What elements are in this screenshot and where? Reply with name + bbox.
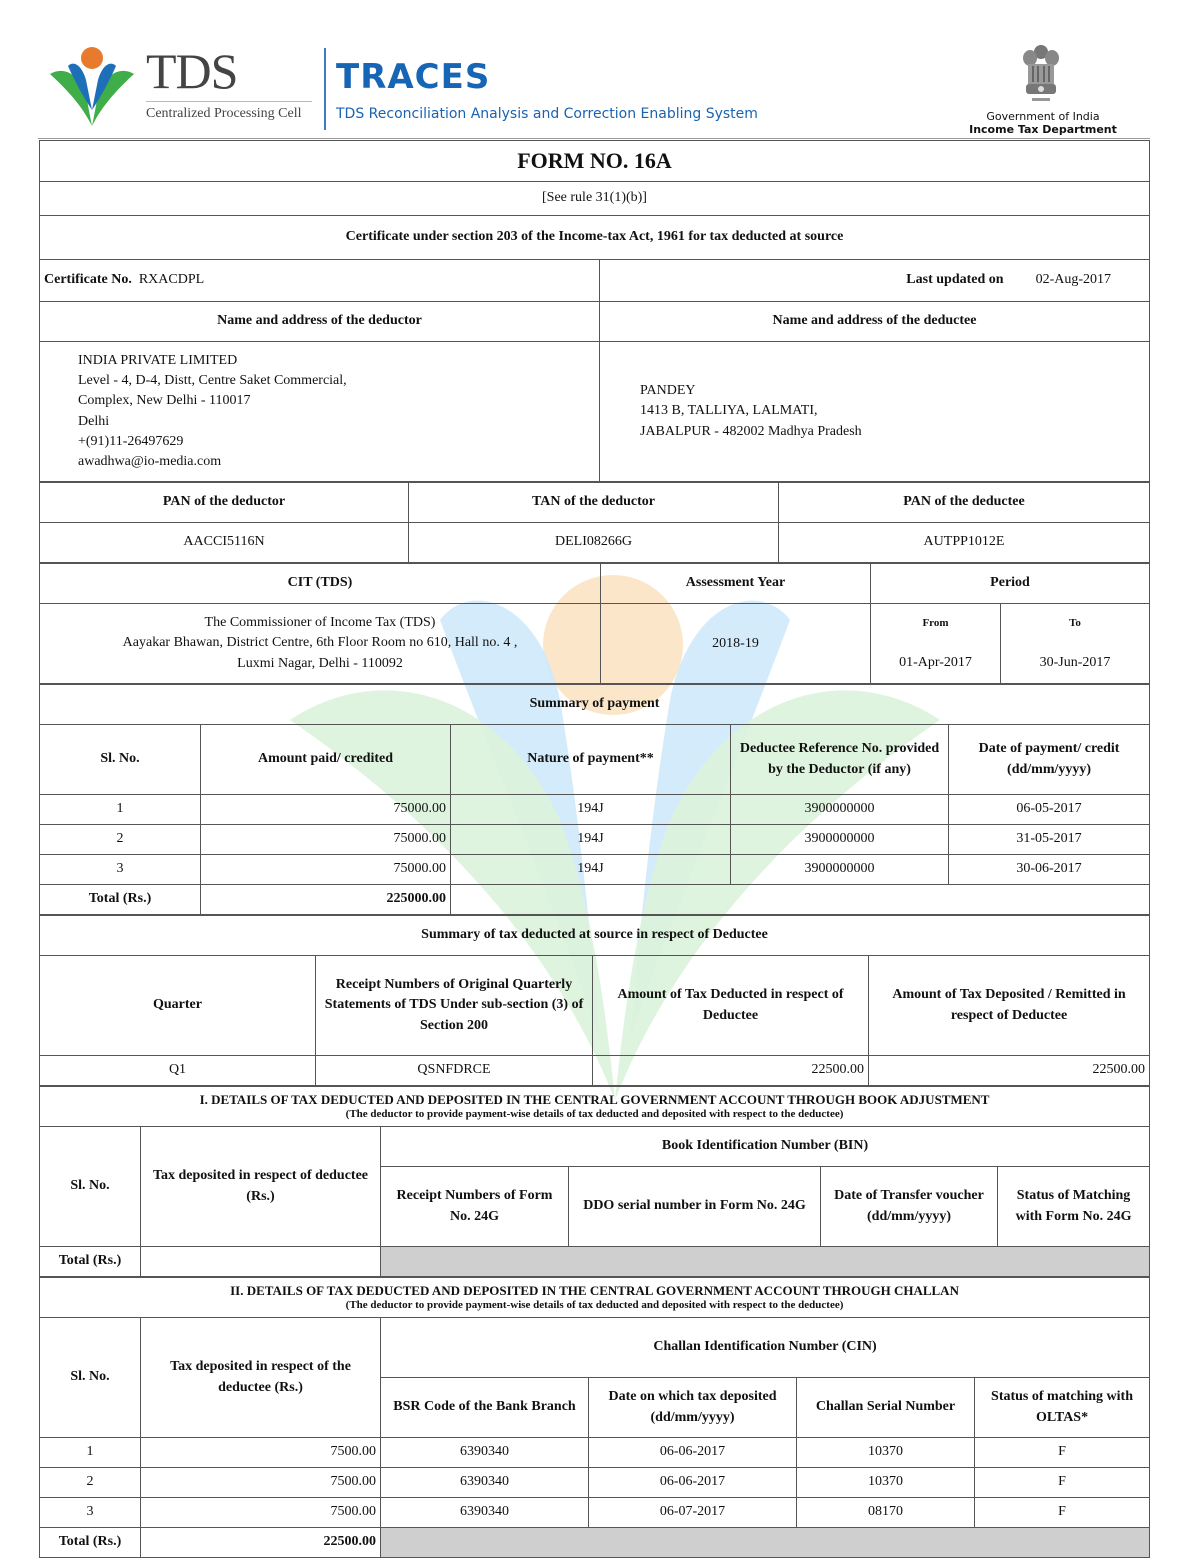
cit-label: CIT (TDS) bbox=[40, 564, 601, 604]
total-label: Total (Rs.) bbox=[40, 1247, 141, 1277]
oltas-status: F bbox=[975, 1438, 1150, 1468]
column-header: Receipt Numbers of Form No. 24G bbox=[381, 1167, 569, 1247]
shaded-cell bbox=[381, 1528, 1150, 1558]
deductor-name: INDIA PRIVATE LIMITED bbox=[78, 351, 595, 371]
column-header: Status of Matching with Form No. 24G bbox=[998, 1167, 1150, 1247]
page-header: TDS Centralized Processing Cell TRACES T… bbox=[0, 0, 1188, 140]
bsr-code: 6390340 bbox=[381, 1438, 589, 1468]
amount-paid: 75000.00 bbox=[201, 825, 451, 855]
deductee-reference: 3900000000 bbox=[731, 855, 949, 885]
tds-summary-heading: Summary of tax deducted at source in res… bbox=[40, 916, 1150, 956]
pan-deductee-label: PAN of the deductee bbox=[779, 483, 1150, 523]
form-16a: FORM NO. 16A [See rule 31(1)(b)] Certifi… bbox=[39, 140, 1149, 1558]
column-header: Sl. No. bbox=[40, 1318, 141, 1438]
form-title: FORM NO. 16A bbox=[40, 141, 1150, 182]
total-label: Total (Rs.) bbox=[40, 885, 201, 915]
gov-line-1: Government of India bbox=[960, 110, 1126, 123]
deductor-email: awadhwa@io-media.com bbox=[78, 452, 595, 472]
cit-address-line: Luxmi Nagar, Delhi - 110092 bbox=[44, 654, 596, 674]
divider bbox=[146, 101, 312, 102]
tan-deductor: DELI08266G bbox=[409, 523, 779, 563]
tds-summary-table: Summary of tax deducted at source in res… bbox=[39, 915, 1150, 1086]
challan-serial: 08170 bbox=[797, 1498, 975, 1528]
column-header: Amount of Tax Deposited / Remitted in re… bbox=[869, 956, 1150, 1056]
empty-cell bbox=[451, 885, 1150, 915]
column-header: Tax deposited in respect of the deductee… bbox=[141, 1318, 381, 1438]
deductor-address-line: Complex, New Delhi - 110017 bbox=[78, 391, 595, 411]
cin-group-header: Challan Identification Number (CIN) bbox=[381, 1318, 1150, 1378]
challan-heading-cell: II. DETAILS OF TAX DEDUCTED AND DEPOSITE… bbox=[40, 1278, 1150, 1318]
payment-summary-table: Summary of payment Sl. No. Amount paid/ … bbox=[39, 684, 1150, 915]
last-updated-cell: Last updated on02-Aug-2017 bbox=[600, 260, 1150, 302]
total-row: Total (Rs.) 225000.00 bbox=[40, 885, 1150, 915]
deductee-name: PANDEY bbox=[640, 381, 1145, 401]
bsr-code: 6390340 bbox=[381, 1468, 589, 1498]
column-header: Date of Transfer voucher (dd/mm/yyyy) bbox=[821, 1167, 998, 1247]
column-header: BSR Code of the Bank Branch bbox=[381, 1378, 589, 1438]
deductee-reference: 3900000000 bbox=[731, 795, 949, 825]
quarter: Q1 bbox=[40, 1056, 316, 1086]
deductee-address-line: JABALPUR - 482002 Madhya Pradesh bbox=[640, 422, 1145, 442]
bsr-code: 6390340 bbox=[381, 1498, 589, 1528]
period-from-label: From bbox=[871, 604, 1001, 644]
challan-subheading: (The deductor to provide payment-wise de… bbox=[44, 1299, 1145, 1313]
tax-deposited: 22500.00 bbox=[869, 1056, 1150, 1086]
total-row: Total (Rs.) 22500.00 bbox=[40, 1528, 1150, 1558]
table-row: 3 7500.00 6390340 06-07-2017 08170 F bbox=[40, 1498, 1150, 1528]
receipt-number: QSNFDRCE bbox=[316, 1056, 593, 1086]
table-row: 3 75000.00 194J 3900000000 30-06-2017 bbox=[40, 855, 1150, 885]
deductor-address-line: Delhi bbox=[78, 412, 595, 432]
sl-no: 1 bbox=[40, 795, 201, 825]
pan-deductor: AACCI5116N bbox=[40, 523, 409, 563]
period-to-label: To bbox=[1001, 604, 1150, 644]
tax-deposited: 7500.00 bbox=[141, 1438, 381, 1468]
column-header: Amount paid/ credited bbox=[201, 725, 451, 795]
column-header: Deductee Reference No. provided by the D… bbox=[731, 725, 949, 795]
table-row: 1 7500.00 6390340 06-06-2017 10370 F bbox=[40, 1438, 1150, 1468]
sl-no: 3 bbox=[40, 855, 201, 885]
tan-deductor-label: TAN of the deductor bbox=[409, 483, 779, 523]
deposit-date: 06-06-2017 bbox=[589, 1438, 797, 1468]
deductor-phone: +(91)11-26497629 bbox=[78, 432, 595, 452]
tds-logo-text: TDS bbox=[146, 46, 237, 96]
deductor-address: INDIA PRIVATE LIMITED Level - 4, D-4, Di… bbox=[40, 342, 600, 482]
tax-deducted: 22500.00 bbox=[593, 1056, 869, 1086]
deductee-address-line: 1413 B, TALLIYA, LALMATI, bbox=[640, 401, 1145, 421]
pan-tan-table: PAN of the deductor TAN of the deductor … bbox=[39, 482, 1150, 563]
cit-table: CIT (TDS) Assessment Year Period The Com… bbox=[39, 563, 1150, 684]
book-adjustment-heading-cell: I. DETAILS OF TAX DEDUCTED AND DEPOSITED… bbox=[40, 1087, 1150, 1127]
column-header: Date of payment/ credit (dd/mm/yyyy) bbox=[949, 725, 1150, 795]
assessment-year-label: Assessment Year bbox=[601, 564, 871, 604]
last-updated-value: 02-Aug-2017 bbox=[1036, 272, 1111, 287]
assessment-year: 2018-19 bbox=[601, 604, 871, 684]
deductor-address-line: Level - 4, D-4, Distt, Centre Saket Comm… bbox=[78, 371, 595, 391]
deductor-heading: Name and address of the deductor bbox=[40, 302, 600, 342]
cit-name: The Commissioner of Income Tax (TDS) bbox=[44, 613, 596, 633]
shaded-cell bbox=[381, 1247, 1150, 1277]
total-label: Total (Rs.) bbox=[40, 1528, 141, 1558]
tds-subtitle: Centralized Processing Cell bbox=[146, 106, 302, 122]
sl-no: 2 bbox=[40, 825, 201, 855]
column-header: Tax deposited in respect of deductee (Rs… bbox=[141, 1127, 381, 1247]
column-header: Date on which tax deposited (dd/mm/yyyy) bbox=[589, 1378, 797, 1438]
form-rule: [See rule 31(1)(b)] bbox=[40, 182, 1150, 216]
payment-summary-heading: Summary of payment bbox=[40, 685, 1150, 725]
oltas-status: F bbox=[975, 1468, 1150, 1498]
cit-address-line: Aayakar Bhawan, District Centre, 6th Flo… bbox=[44, 633, 596, 653]
traces-title: TRACES bbox=[336, 60, 490, 94]
column-header: Receipt Numbers of Original Quarterly St… bbox=[316, 956, 593, 1056]
certificate-no: RXACDPL bbox=[139, 272, 204, 287]
amount-paid: 75000.00 bbox=[201, 855, 451, 885]
payment-date: 30-06-2017 bbox=[949, 855, 1150, 885]
gov-line-2: Income Tax Department bbox=[960, 123, 1126, 136]
national-emblem-icon bbox=[1018, 42, 1064, 106]
period-label: Period bbox=[871, 564, 1150, 604]
amount-paid: 75000.00 bbox=[201, 795, 451, 825]
payment-date: 31-05-2017 bbox=[949, 825, 1150, 855]
tax-deposited: 7500.00 bbox=[141, 1468, 381, 1498]
total-amount bbox=[141, 1247, 381, 1277]
form-header-table: FORM NO. 16A [See rule 31(1)(b)] Certifi… bbox=[39, 140, 1150, 482]
table-row: 1 75000.00 194J 3900000000 06-05-2017 bbox=[40, 795, 1150, 825]
tds-logo-icon bbox=[44, 44, 140, 128]
column-header: Challan Serial Number bbox=[797, 1378, 975, 1438]
nature-of-payment: 194J bbox=[451, 795, 731, 825]
table-row: 2 7500.00 6390340 06-06-2017 10370 F bbox=[40, 1468, 1150, 1498]
deposit-date: 06-07-2017 bbox=[589, 1498, 797, 1528]
book-adjustment-table: I. DETAILS OF TAX DEDUCTED AND DEPOSITED… bbox=[39, 1086, 1150, 1277]
certificate-label: Certificate No. bbox=[44, 272, 132, 287]
book-adjustment-subheading: (The deductor to provide payment-wise de… bbox=[44, 1108, 1145, 1122]
pan-deductee: AUTPP1012E bbox=[779, 523, 1150, 563]
deductee-reference: 3900000000 bbox=[731, 825, 949, 855]
column-header: Sl. No. bbox=[40, 725, 201, 795]
certificate-heading: Certificate under section 203 of the Inc… bbox=[40, 216, 1150, 260]
nature-of-payment: 194J bbox=[451, 855, 731, 885]
column-header: Nature of payment** bbox=[451, 725, 731, 795]
column-header: Sl. No. bbox=[40, 1127, 141, 1247]
last-updated-label: Last updated on bbox=[906, 272, 1003, 287]
column-header: Quarter bbox=[40, 956, 316, 1056]
challan-serial: 10370 bbox=[797, 1468, 975, 1498]
sl-no: 3 bbox=[40, 1498, 141, 1528]
sl-no: 1 bbox=[40, 1438, 141, 1468]
column-header: DDO serial number in Form No. 24G bbox=[569, 1167, 821, 1247]
total-row: Total (Rs.) bbox=[40, 1247, 1150, 1277]
period-from: 01-Apr-2017 bbox=[871, 644, 1001, 684]
column-header: Status of matching with OLTAS* bbox=[975, 1378, 1150, 1438]
deductee-address: PANDEY 1413 B, TALLIYA, LALMATI, JABALPU… bbox=[600, 342, 1150, 482]
divider bbox=[38, 138, 1150, 139]
challan-heading: II. DETAILS OF TAX DEDUCTED AND DEPOSITE… bbox=[44, 1283, 1145, 1299]
challan-table: II. DETAILS OF TAX DEDUCTED AND DEPOSITE… bbox=[39, 1277, 1150, 1558]
traces-subtitle: TDS Reconciliation Analysis and Correcti… bbox=[336, 106, 758, 122]
table-row: 2 75000.00 194J 3900000000 31-05-2017 bbox=[40, 825, 1150, 855]
bin-group-header: Book Identification Number (BIN) bbox=[381, 1127, 1150, 1167]
column-header: Amount of Tax Deducted in respect of Ded… bbox=[593, 956, 869, 1056]
period-to: 30-Jun-2017 bbox=[1001, 644, 1150, 684]
sl-no: 2 bbox=[40, 1468, 141, 1498]
oltas-status: F bbox=[975, 1498, 1150, 1528]
deductee-heading: Name and address of the deductee bbox=[600, 302, 1150, 342]
payment-date: 06-05-2017 bbox=[949, 795, 1150, 825]
table-row: Q1 QSNFDRCE 22500.00 22500.00 bbox=[40, 1056, 1150, 1086]
deposit-date: 06-06-2017 bbox=[589, 1468, 797, 1498]
total-amount: 225000.00 bbox=[201, 885, 451, 915]
divider bbox=[324, 48, 326, 130]
challan-serial: 10370 bbox=[797, 1438, 975, 1468]
cit-address: The Commissioner of Income Tax (TDS) Aay… bbox=[40, 604, 601, 684]
nature-of-payment: 194J bbox=[451, 825, 731, 855]
pan-deductor-label: PAN of the deductor bbox=[40, 483, 409, 523]
book-adjustment-heading: I. DETAILS OF TAX DEDUCTED AND DEPOSITED… bbox=[44, 1092, 1145, 1108]
tax-deposited: 7500.00 bbox=[141, 1498, 381, 1528]
total-amount: 22500.00 bbox=[141, 1528, 381, 1558]
certificate-cell: Certificate No. RXACDPL bbox=[40, 260, 600, 302]
